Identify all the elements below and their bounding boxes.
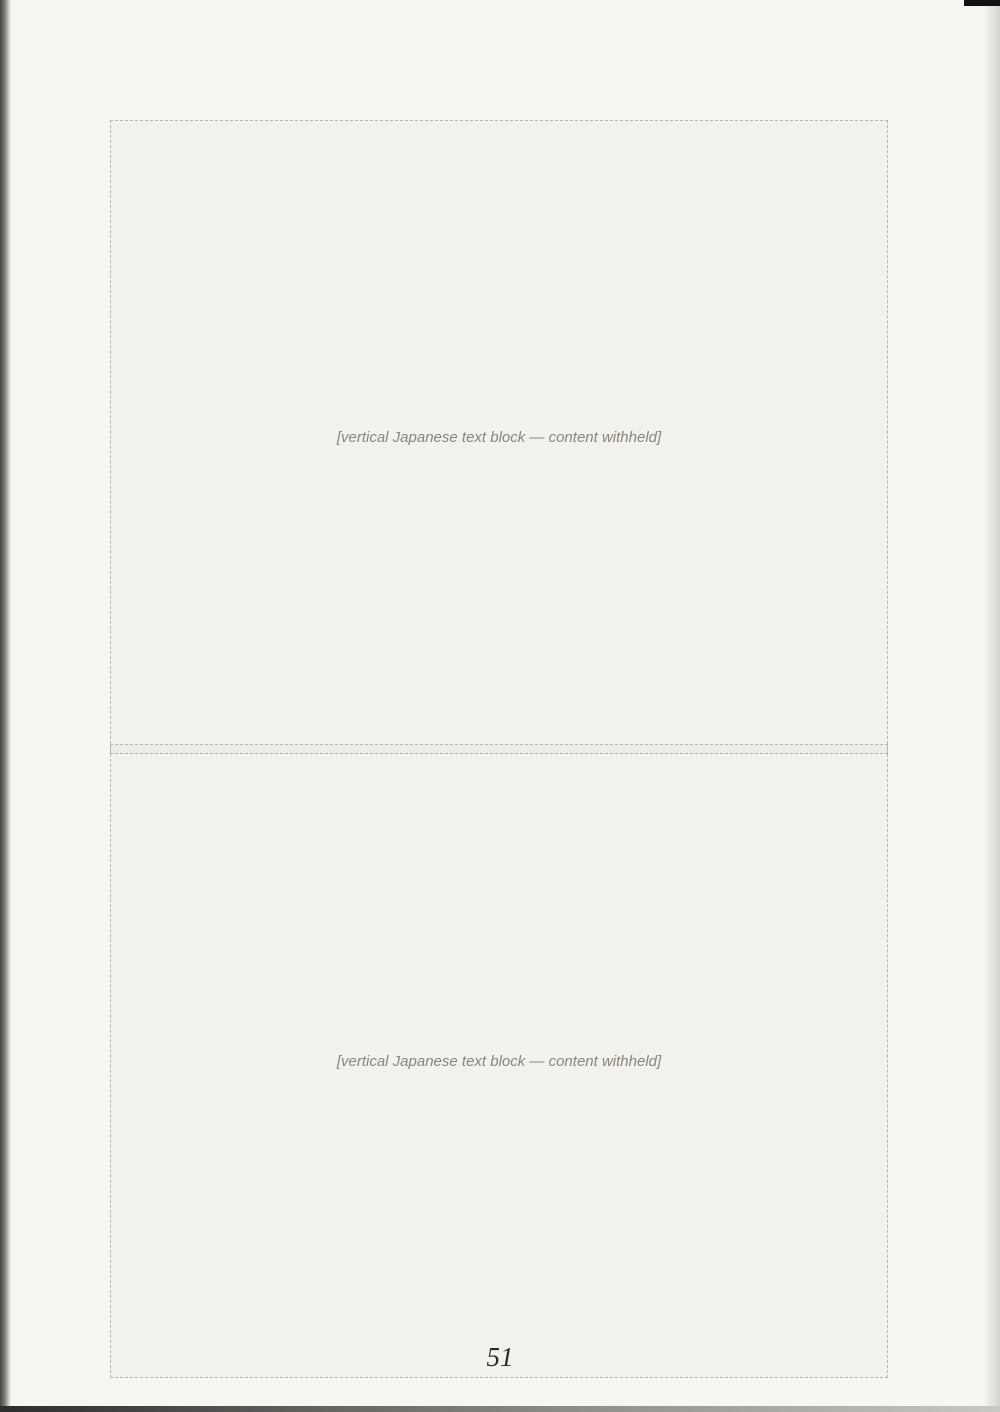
- scan-edge-right: [984, 0, 1000, 1412]
- redaction-note: [vertical Japanese text block — content …: [337, 1053, 661, 1070]
- scan-edge-left: [0, 0, 11, 1412]
- scanned-page: [vertical Japanese text block — content …: [0, 0, 1000, 1412]
- scan-edge-bottom: [0, 1406, 1000, 1412]
- text-block-top: [vertical Japanese text block — content …: [110, 120, 888, 754]
- redaction-note: [vertical Japanese text block — content …: [337, 429, 661, 446]
- text-block-bottom: [vertical Japanese text block — content …: [110, 744, 888, 1378]
- scan-corner-mark: [964, 0, 1000, 6]
- page-number: 51: [0, 1342, 1000, 1373]
